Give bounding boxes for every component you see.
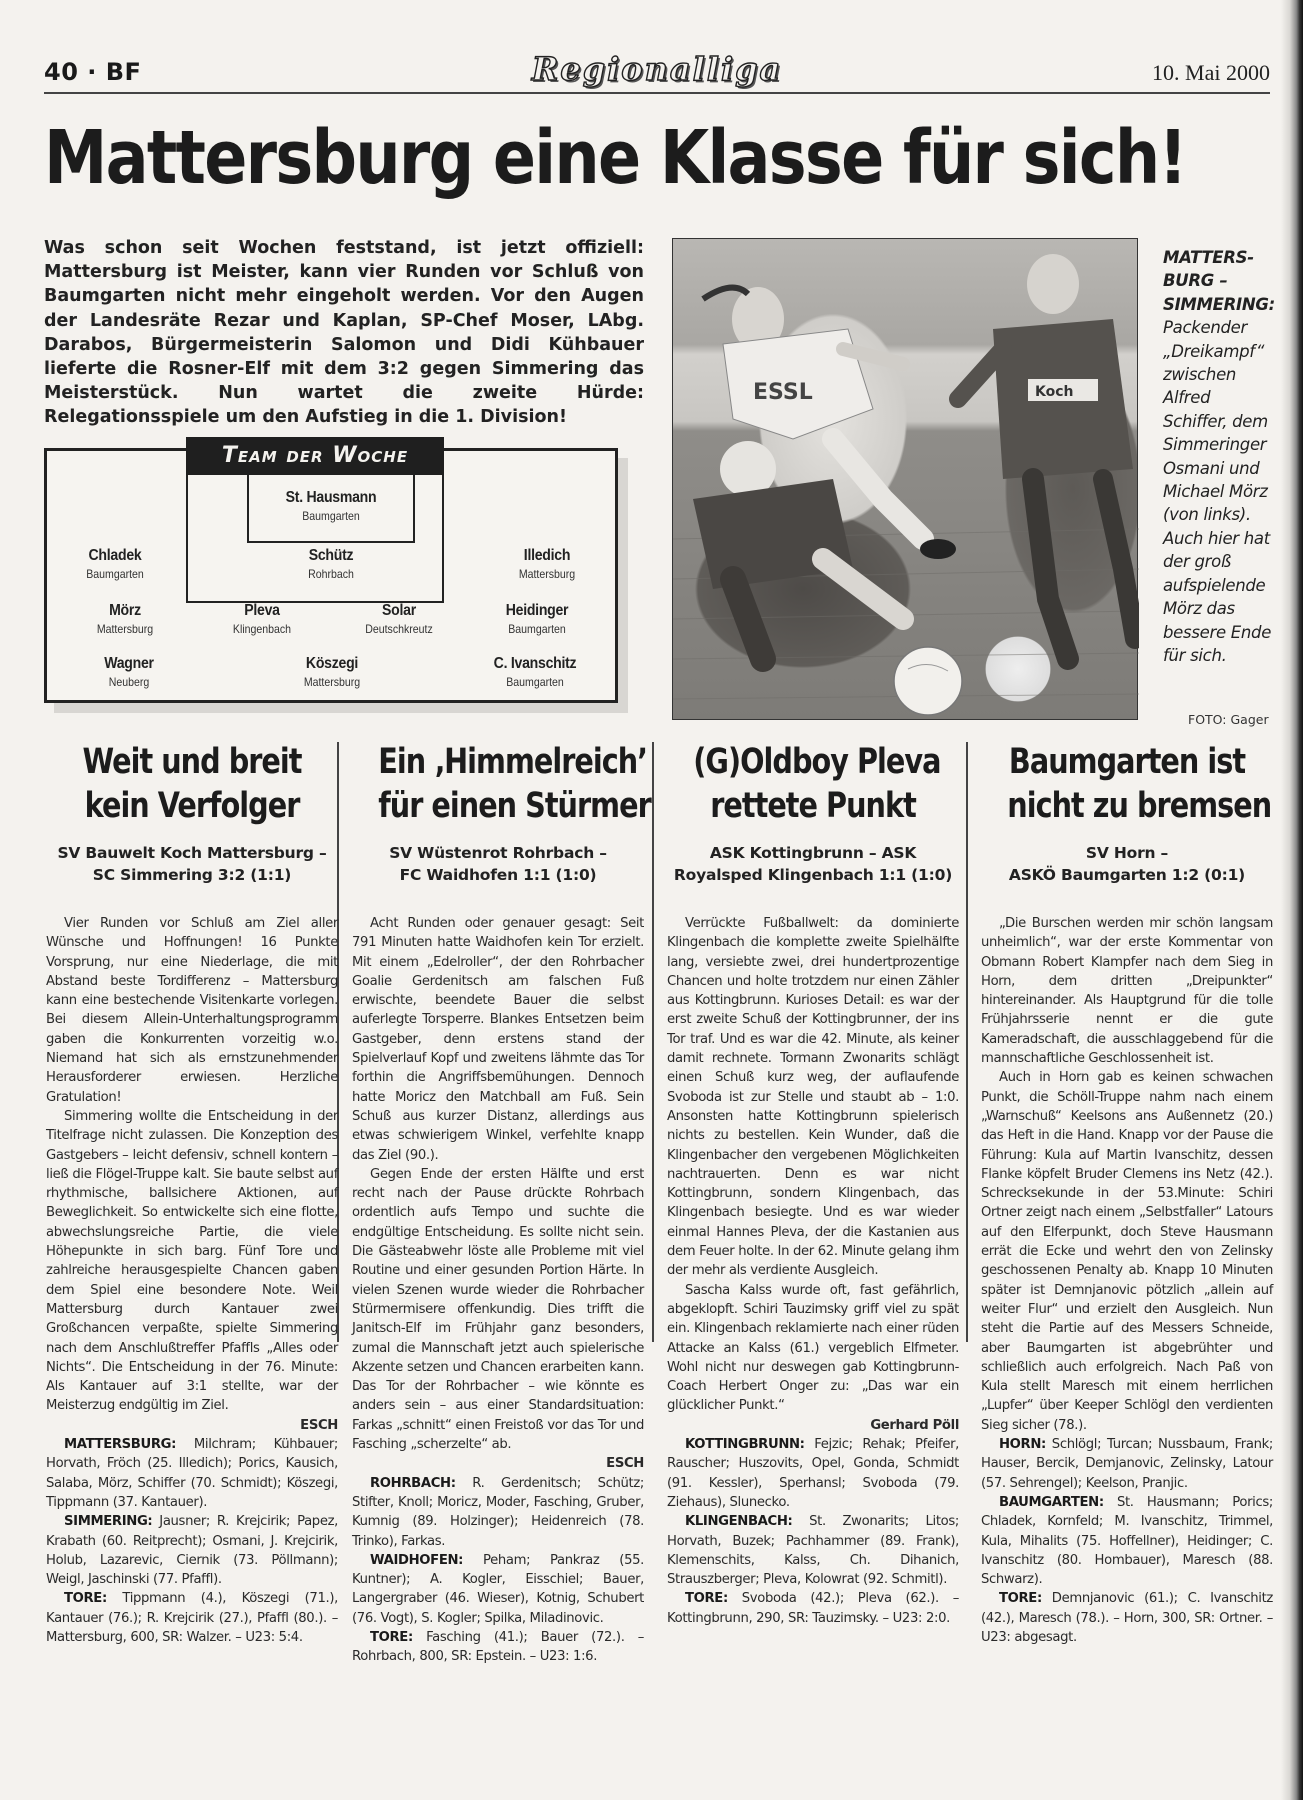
article-paragraph: Simmering wollte die Entscheidung in der…	[46, 1107, 338, 1416]
caption-text: Packender „Dreikampf“ zwischen Alfred Sc…	[1163, 318, 1271, 665]
player-name: Pleva	[192, 601, 333, 621]
player-name: Heidinger	[467, 601, 608, 621]
lineup-home: HORN: Schlögl; Turcan; Nussbaum, Frank; …	[981, 1435, 1273, 1493]
player-club: Klingenbach	[192, 621, 333, 637]
photo-credit: FOTO: Gager	[1188, 712, 1269, 727]
match-score: FC Waidhofen 1:1 (1:0)	[352, 864, 644, 886]
player-name: Schütz	[261, 546, 402, 566]
column-divider	[652, 742, 654, 1342]
lineup-label: TORE:	[685, 1591, 728, 1606]
issue-date: 10. Mai 2000	[1152, 60, 1270, 86]
player-club: Deutschkreutz	[329, 621, 470, 637]
player-name: Köszegi	[262, 654, 403, 674]
player-club: Mattersburg	[55, 621, 196, 637]
column-divider	[966, 742, 968, 1342]
article-title-line: nicht zu bremsen	[1007, 784, 1246, 828]
article-paragraph: Vier Runden vor Schluß am Ziel aller Wün…	[46, 914, 338, 1107]
photo-players-illustration: ESSL Koch	[673, 239, 1139, 721]
player-card: Pleva Klingenbach	[182, 601, 342, 637]
goals-summary: TORE: Svoboda (42.); Pleva (62.). – Kott…	[667, 1589, 959, 1628]
lineup-label: TORE:	[64, 1591, 107, 1606]
lineup-home: KOTTINGBRUNN: Fejzic; Rehak; Pfeifer, Ra…	[667, 1435, 959, 1512]
article-paragraph: Auch in Horn gab es keinen schwachen Pun…	[981, 1068, 1273, 1435]
article-title-line: Weit und breit	[72, 740, 311, 784]
article-title-line: (G)Oldboy Pleva	[693, 740, 932, 784]
lead-paragraph: Was schon seit Wochen feststand, ist jet…	[44, 236, 644, 430]
goals-summary: TORE: Fasching (41.); Bauer (72.). – Roh…	[352, 1628, 644, 1667]
lineup-home: ROHRBACH: R. Gerdenitsch; Schütz; Stifte…	[352, 1474, 644, 1551]
player-club: Baumgarten	[45, 566, 186, 582]
match-score: Royalsped Klingenbach 1:1 (1:0)	[667, 864, 959, 886]
article-title: Weit und breit kein Verfolger	[72, 740, 311, 828]
player-card: Chladek Baumgarten	[35, 546, 195, 582]
lineup-away: KLINGENBACH: St. Zwonarits; Litos; Horva…	[667, 1512, 959, 1589]
lineup-label: HORN:	[999, 1437, 1046, 1452]
lineup-label: TORE:	[370, 1630, 413, 1645]
match-result: SV Bauwelt Koch Mattersburg – SC Simmeri…	[46, 842, 338, 886]
match-result: ASK Kottingbrunn – ASK Royalsped Klingen…	[667, 842, 959, 886]
goals-summary: TORE: Demnjanovic (61.); C. Ivanschitz (…	[981, 1589, 1273, 1647]
player-card: C. Ivanschitz Baumgarten	[455, 654, 615, 690]
article-paragraph: Verrückte Fußballwelt: da dominierte Kli…	[667, 914, 959, 1281]
player-club: Baumgarten	[467, 621, 608, 637]
section-title: Regionalliga	[532, 50, 782, 88]
article-horn-baumgarten: Baumgarten ist nicht zu bremsen SV Horn …	[981, 740, 1273, 1647]
article-author: ESCH	[352, 1454, 644, 1473]
photo-caption: MATTERS-BURG – SIMMERING: Packender „Dre…	[1163, 246, 1273, 667]
article-body: Vier Runden vor Schluß am Ziel aller Wün…	[46, 914, 338, 1647]
match-score: SC Simmering 3:2 (1:1)	[46, 864, 338, 886]
lineup-label: KOTTINGBRUNN:	[685, 1437, 805, 1452]
player-card: Solar Deutschkreutz	[319, 601, 479, 637]
player-name: Wagner	[59, 654, 200, 674]
article-paragraph: „Die Burschen werden mir schön langsam u…	[981, 914, 1273, 1068]
player-club: Rohrbach	[261, 566, 402, 582]
match-photo: ESSL Koch	[672, 238, 1138, 720]
svg-text:Koch: Koch	[1035, 384, 1074, 400]
article-rohrbach-waidhofen: Ein ‚Himmelreich’ für einen Stürmer SV W…	[352, 740, 644, 1667]
article-paragraph: Sascha Kalss wurde oft, fast gefährlich,…	[667, 1281, 959, 1416]
player-card: Heidinger Baumgarten	[457, 601, 617, 637]
article-title-line: für einen Stürmer	[378, 784, 617, 828]
match-result: SV Wüstenrot Rohrbach – FC Waidhofen 1:1…	[352, 842, 644, 886]
article-kottingbrunn-klingenbach: (G)Oldboy Pleva rettete Punkt ASK Kottin…	[667, 740, 959, 1628]
lineup-label: MATTERSBURG:	[64, 1437, 176, 1452]
page-spine-shadow	[1281, 0, 1303, 1800]
match-teams: SV Horn –	[981, 842, 1273, 864]
player-card: Schütz Rohrbach	[251, 546, 411, 582]
article-paragraph: Gegen Ende der ersten Hälfte und erst re…	[352, 1165, 644, 1454]
article-title-line: rettete Punkt	[693, 784, 932, 828]
player-club: Baumgarten	[261, 508, 402, 524]
article-title-line: Ein ‚Himmelreich’	[378, 740, 617, 784]
lineup-label: WAIDHOFEN:	[370, 1553, 463, 1568]
player-club: Mattersburg	[262, 674, 403, 690]
match-score: ASKÖ Baumgarten 1:2 (0:1)	[981, 864, 1273, 886]
lineup-home: MATTERSBURG: Milchram; Kühbauer; Horvath…	[46, 1435, 338, 1512]
article-title-line: Baumgarten ist	[1007, 740, 1246, 784]
svg-text:ESSL: ESSL	[753, 380, 813, 405]
article-title-line: kein Verfolger	[72, 784, 311, 828]
player-name: St. Hausmann	[261, 488, 402, 508]
page-number: 40 · BF	[44, 58, 141, 86]
player-name: Mörz	[55, 601, 196, 621]
article-title: Baumgarten ist nicht zu bremsen	[1007, 740, 1246, 828]
article-title: (G)Oldboy Pleva rettete Punkt	[693, 740, 932, 828]
player-card: Mörz Mattersburg	[45, 601, 205, 637]
article-body: Acht Runden oder genauer gesagt: Seit 79…	[352, 914, 644, 1667]
lineup-label: BAUMGARTEN:	[999, 1495, 1104, 1510]
match-result: SV Horn – ASKÖ Baumgarten 1:2 (0:1)	[981, 842, 1273, 886]
article-mattersburg-simmering: Weit und breit kein Verfolger SV Bauwelt…	[46, 740, 338, 1647]
page-header: 40 · BF Regionalliga 10. Mai 2000	[44, 54, 1270, 94]
header-rule	[44, 92, 1270, 94]
article-body: „Die Burschen werden mir schön langsam u…	[981, 914, 1273, 1647]
player-card: Köszegi Mattersburg	[252, 654, 412, 690]
player-card: Illedich Mattersburg	[467, 546, 627, 582]
player-name: Illedich	[477, 546, 618, 566]
player-goalkeeper: St. Hausmann Baumgarten	[251, 488, 411, 524]
player-club: Baumgarten	[465, 674, 606, 690]
newspaper-page: 40 · BF Regionalliga 10. Mai 2000 Matter…	[0, 0, 1303, 1800]
goals-summary: TORE: Tippmann (4.), Köszegi (71.), Kant…	[46, 1589, 338, 1647]
lineup-label: SIMMERING:	[64, 1514, 152, 1529]
lineup-away: SIMMERING: Jausner; R. Krejcirik; Papez,…	[46, 1512, 338, 1589]
main-headline: Mattersburg eine Klasse für sich!	[44, 112, 1107, 204]
player-name: Chladek	[45, 546, 186, 566]
lineup-label: KLINGENBACH:	[685, 1514, 792, 1529]
article-title: Ein ‚Himmelreich’ für einen Stürmer	[378, 740, 617, 828]
article-author: Gerhard Pöll	[667, 1416, 959, 1435]
player-name: C. Ivanschitz	[465, 654, 606, 674]
player-club: Neuberg	[59, 674, 200, 690]
lineup-label: ROHRBACH:	[370, 1476, 456, 1491]
lineup-away: WAIDHOFEN: Peham; Pankraz (55. Kuntner);…	[352, 1551, 644, 1628]
match-teams: SV Wüstenrot Rohrbach –	[352, 842, 644, 864]
article-body: Verrückte Fußballwelt: da dominierte Kli…	[667, 914, 959, 1628]
player-card: Wagner Neuberg	[49, 654, 209, 690]
team-der-woche-title: Team der Woche	[186, 437, 444, 475]
caption-heading: MATTERS-BURG – SIMMERING:	[1163, 248, 1275, 314]
match-teams: ASK Kottingbrunn – ASK	[667, 842, 959, 864]
lineup-away: BAUMGARTEN: St. Hausmann; Porics; Chlade…	[981, 1493, 1273, 1589]
article-author: ESCH	[46, 1416, 338, 1435]
match-teams: SV Bauwelt Koch Mattersburg –	[46, 842, 338, 864]
player-club: Mattersburg	[477, 566, 618, 582]
article-paragraph: Acht Runden oder genauer gesagt: Seit 79…	[352, 914, 644, 1165]
player-name: Solar	[329, 601, 470, 621]
lineup-label: TORE:	[999, 1591, 1042, 1606]
